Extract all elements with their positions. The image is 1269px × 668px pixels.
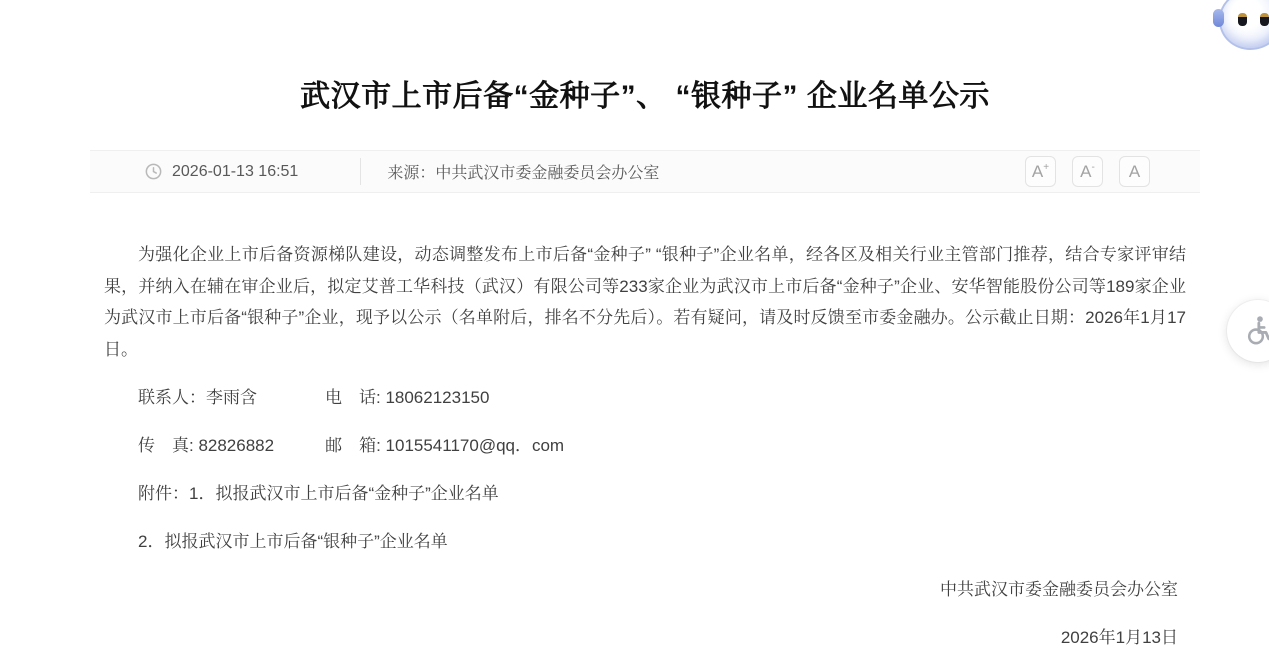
attachment-line-2: 2．拟报武汉市上市后备“银种子”企业名单	[104, 526, 1186, 557]
font-reset-button[interactable]: A	[1119, 156, 1150, 187]
wheelchair-icon	[1241, 314, 1269, 348]
publish-datetime: 2026-01-13 16:51	[172, 163, 298, 181]
font-decrease-button[interactable]: A-	[1072, 156, 1103, 187]
article-body: 为强化企业上市后备资源梯队建设，动态调整发布上市后备“金种子” “银种子”企业名…	[90, 239, 1200, 653]
meta-bar: 2026-01-13 16:51 来源：中共武汉市委金融委员会办公室 A+ A-…	[90, 150, 1200, 193]
mascot-ear-icon	[1213, 9, 1224, 27]
clock-icon	[145, 163, 162, 180]
font-increase-button[interactable]: A+	[1025, 156, 1056, 187]
article-page: 武汉市上市后备“金种子”、 “银种子” 企业名单公示 2026-01-13 16…	[90, 0, 1200, 653]
font-reset-label: A	[1129, 162, 1140, 182]
article-paragraph: 为强化企业上市后备资源梯队建设，动态调整发布上市后备“金种子” “银种子”企业名…	[104, 239, 1186, 365]
font-size-controls: A+ A- A	[1025, 156, 1150, 187]
attachment-line-1: 附件：1．拟报武汉市上市后备“金种子”企业名单	[104, 478, 1186, 509]
font-decrease-sup: -	[1092, 163, 1095, 173]
page-title: 武汉市上市后备“金种子”、 “银种子” 企业名单公示	[90, 78, 1200, 116]
assistant-mascot-button[interactable]	[1219, 0, 1269, 50]
fax-email-line: 传 真: 82826882 邮 箱: 1015541170@qq．com	[104, 430, 1186, 461]
contact-line: 联系人：李雨含 电 话: 18062123150	[104, 382, 1186, 413]
font-decrease-label: A	[1080, 162, 1091, 182]
mascot-eye-icon	[1238, 13, 1247, 26]
mascot-eye-icon	[1260, 13, 1269, 26]
font-increase-label: A	[1032, 162, 1043, 182]
signature-org: 中共武汉市委金融委员会办公室	[104, 574, 1186, 605]
font-increase-sup: +	[1043, 163, 1049, 173]
source-label: 来源：中共武汉市委金融委员会办公室	[387, 160, 659, 183]
accessibility-button[interactable]	[1227, 300, 1269, 362]
signature-date: 2026年1月13日	[104, 622, 1186, 653]
meta-divider	[360, 158, 361, 185]
